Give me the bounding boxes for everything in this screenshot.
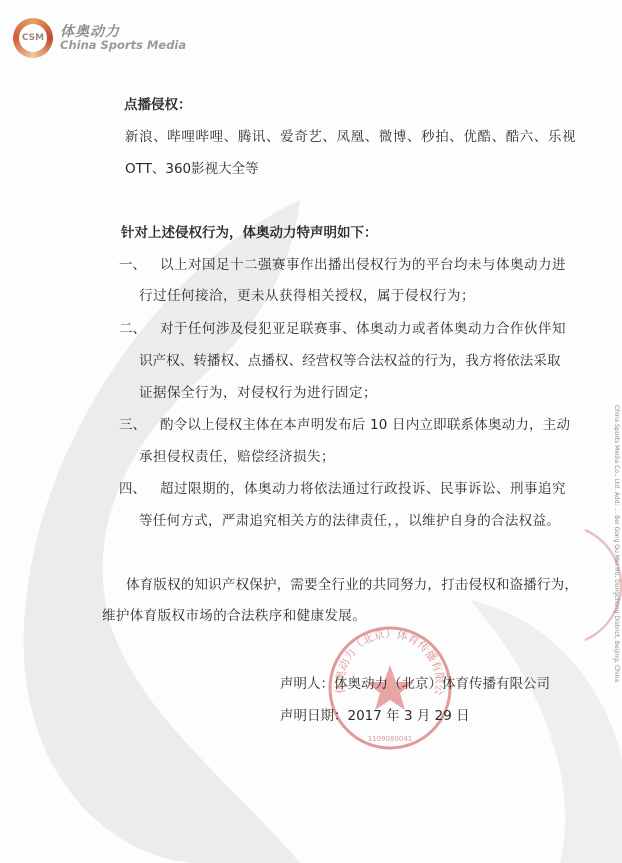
- side-footer-address: China Sports Media Co., Ltd. Add: ... Be…: [613, 405, 620, 682]
- company-logo: CSM 体奥动力 China Sports Media: [13, 18, 186, 58]
- date-line: 声明日期：2017 年 3 月 29 日: [280, 704, 470, 724]
- declarant-line: 声明人：体奥动力（北京）体育传播有限公司: [280, 672, 550, 692]
- item-1-line1: 以上对国足十二强赛事作出播出侵权行为的平台均未与体奥动力进: [160, 253, 566, 273]
- csm-logo-icon: CSM: [13, 18, 53, 58]
- closing-line2: 维护体育版权市场的合法秩序和健康发展。: [102, 604, 366, 624]
- statement-intro: 针对上述侵权行为，体奥动力特声明如下：: [121, 221, 378, 241]
- statement-date: 2017 年 3 月 29 日: [348, 708, 470, 724]
- vod-platforms-line1: 新浪、哔哩哔哩、腾讯、爱奇艺、凤凰、微博、秒拍、优酷、酷六、乐视: [125, 125, 576, 145]
- logo-chinese-name: 体奥动力: [60, 25, 186, 40]
- declarant-label: 声明人：: [280, 676, 334, 692]
- vod-heading: 点播侵权：: [124, 93, 192, 113]
- item-2-line2: 识产权、转播权、点播权、经营权等合法权益的行为，我方将依法采取: [139, 349, 561, 369]
- closing-line1: 体育版权的知识产权保护，需要全行业的共同努力，打击侵权和盗播行为，: [126, 573, 578, 593]
- logo-english-name: China Sports Media: [60, 39, 186, 51]
- item-4-line2: 等任何方式，严肃追究相关方的法律责任，，以维护自身的合法权益。: [139, 509, 560, 529]
- item-4-number: 四、: [119, 477, 146, 497]
- item-2-line1: 对于任何涉及侵犯亚足联赛事、体奥动力或者体奥动力合作伙伴知: [160, 317, 566, 337]
- date-label: 声明日期：: [280, 708, 348, 724]
- item-3-number: 三、: [119, 413, 146, 433]
- item-4-line1: 超过限期的，体奥动力将依法通过行政投诉、民事诉讼、刑事追究: [160, 477, 566, 497]
- declarant-name: 体奥动力（北京）体育传播有限公司: [334, 676, 550, 692]
- item-2-line3: 证据保全行为，对侵权行为进行固定；: [139, 381, 377, 401]
- seal-number: 1109080041: [368, 735, 413, 743]
- item-3-line2: 承担侵权责任，赔偿经济损失；: [139, 445, 335, 465]
- vod-platforms-line2: OTT、360影视大全等: [125, 157, 259, 177]
- item-1-number: 一、: [119, 253, 146, 273]
- item-2-number: 二、: [119, 317, 146, 337]
- item-3-line1: 酌令以上侵权主体在本声明发布后 10 日内立即联系体奥动力，主动: [160, 413, 570, 433]
- item-1-line2: 行过任何接洽，更未从获得相关授权，属于侵权行为；: [139, 284, 475, 304]
